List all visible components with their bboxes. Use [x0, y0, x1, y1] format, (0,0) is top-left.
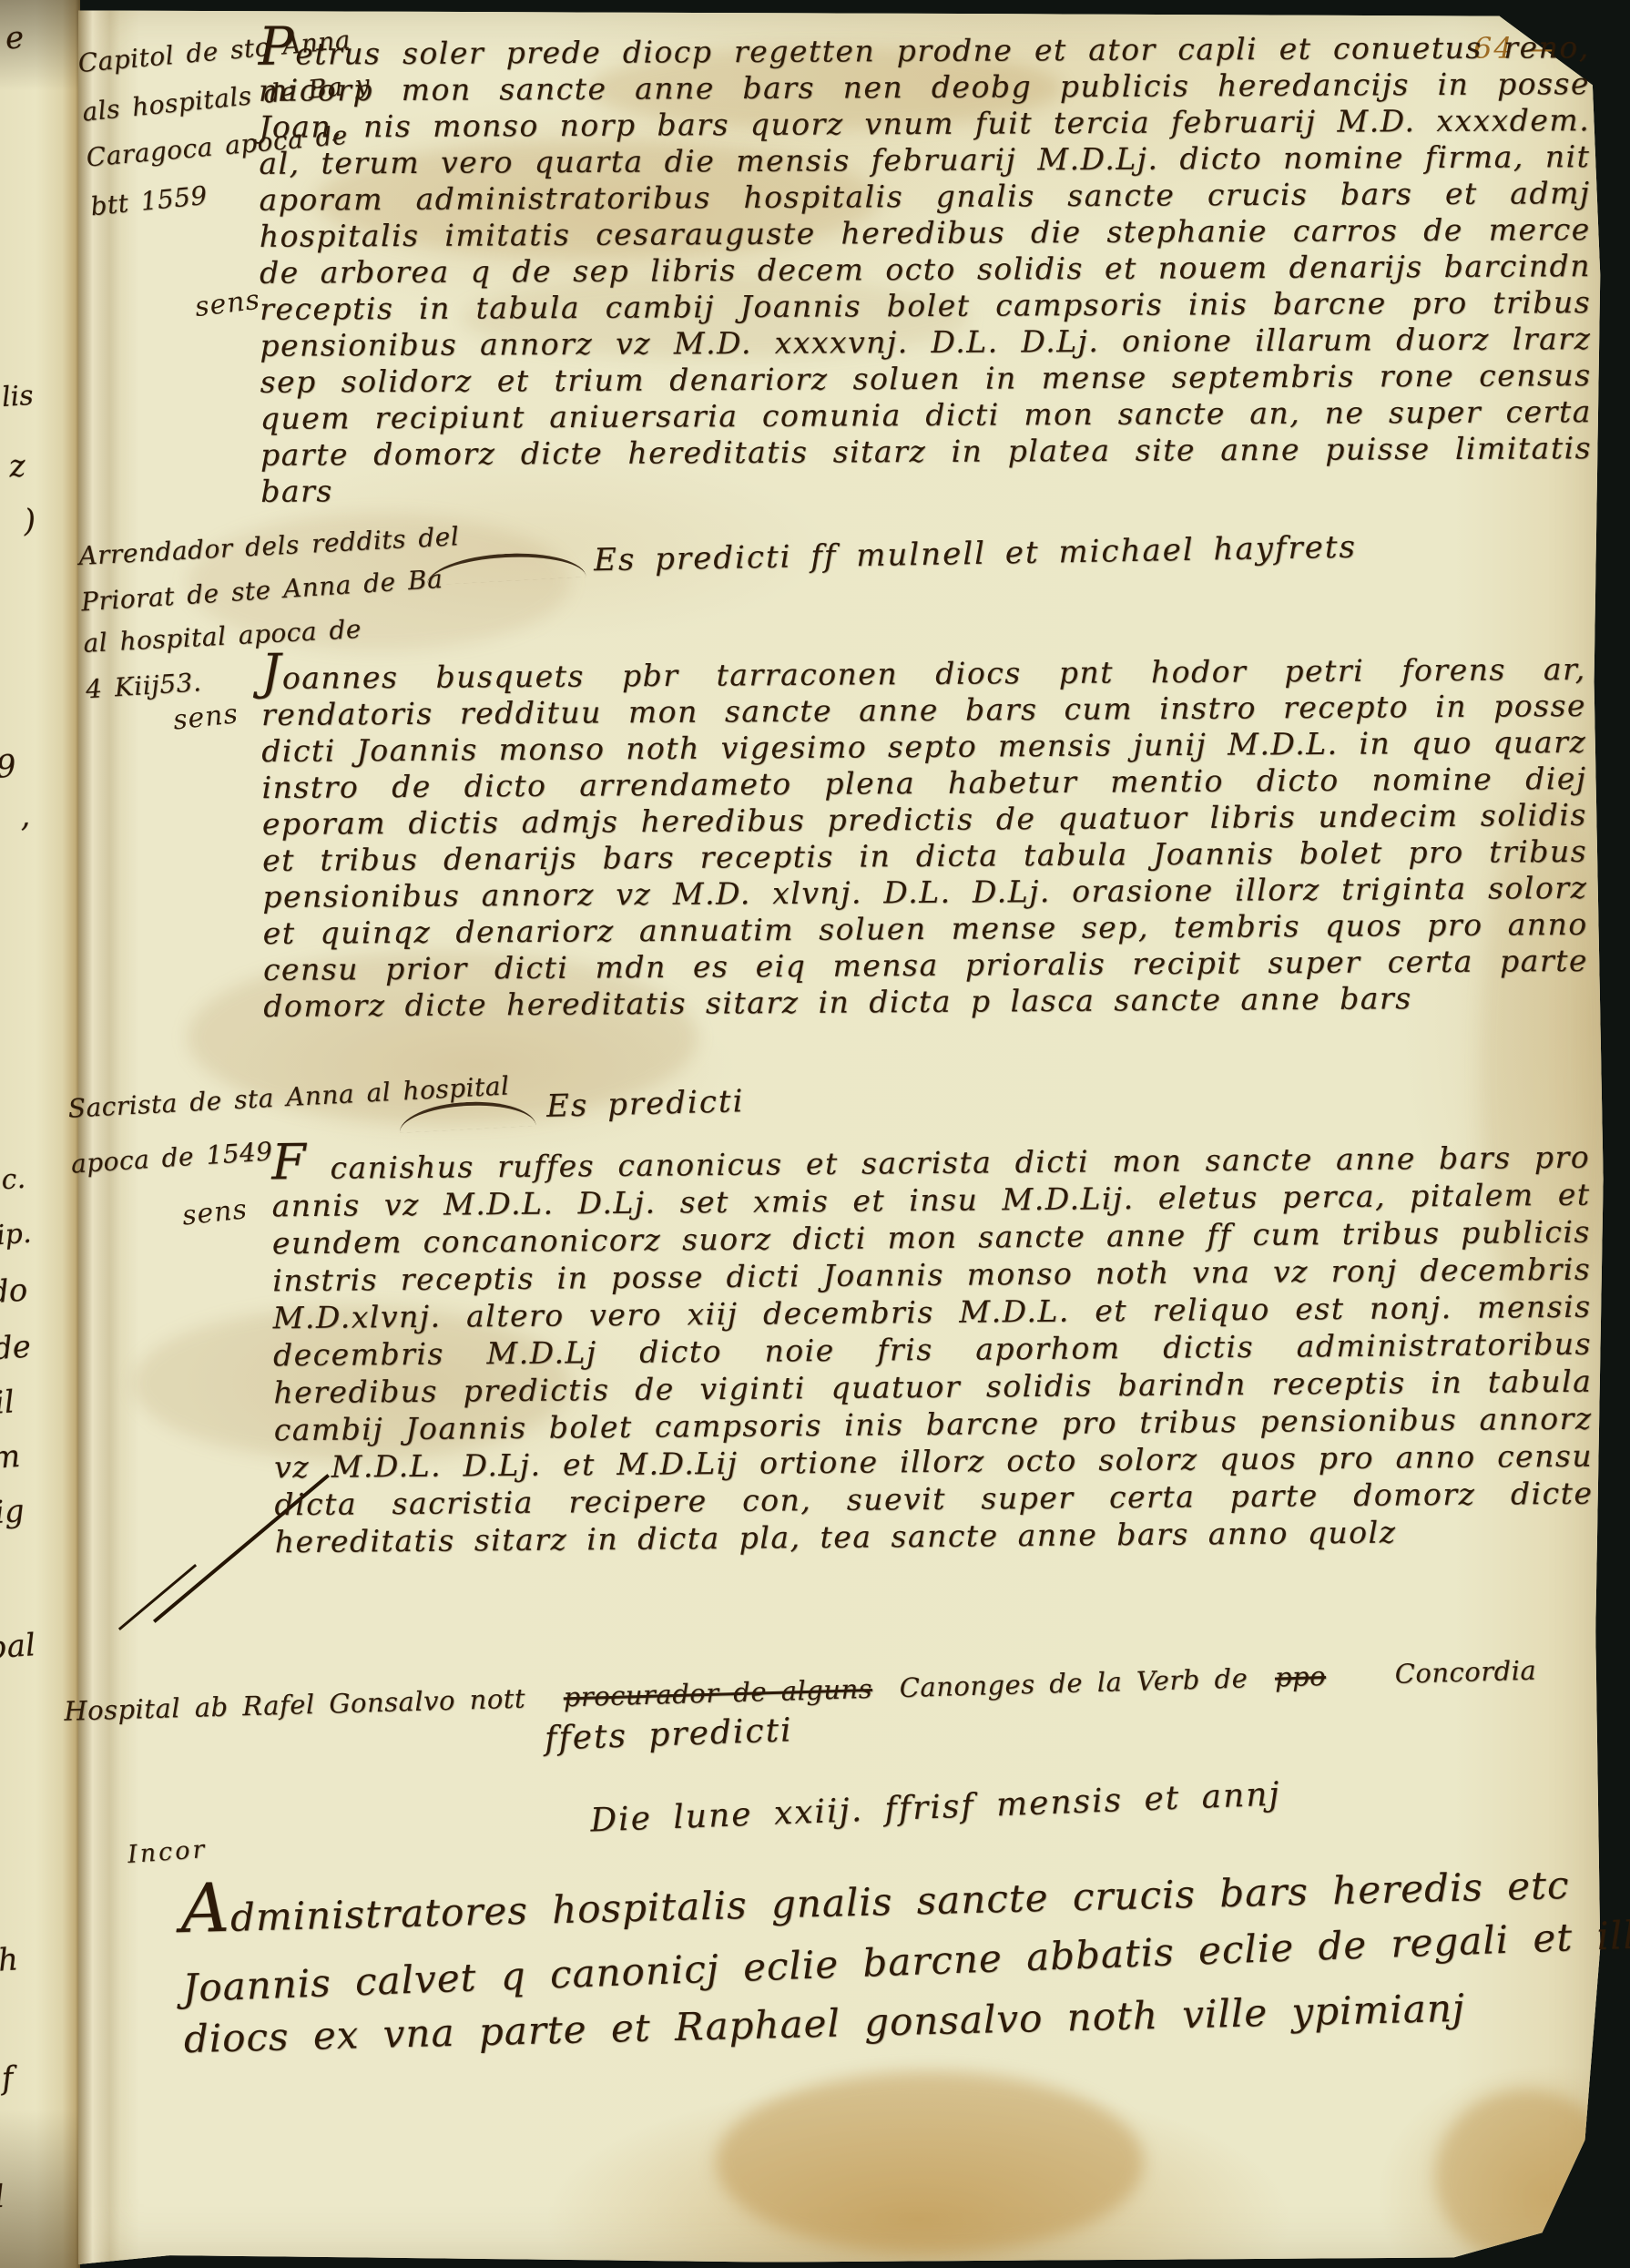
margin-note-arrendador-tail: sens	[171, 698, 239, 736]
entry-canishus-ruffes: F canishus ruffes canonicus et sacrista …	[271, 1139, 1594, 1561]
entry-petrus-soler: Petrus soler prede diocp regetten prodne…	[259, 29, 1593, 510]
note-hospital-struck2: ppo	[1274, 1660, 1326, 1693]
note-hospital-struck1: procurador de alguns	[563, 1673, 872, 1712]
date-heading: Die lune xxiij. ffrisf mensis et annj	[589, 1775, 1281, 1839]
text-line: Petrus soler prede diocp regetten prodne…	[259, 29, 1590, 72]
handwriting-layer: 64 — Capitol de sto Anna als hospitals d…	[0, 0, 1630, 2268]
margin-note-capitol-tail: sens	[193, 284, 262, 323]
entry-administratores: Administratores hospitalis gnalis sancte…	[180, 1853, 1630, 2069]
entry-joannes-busquets: Joannes busquets pbr tarraconen diocs pn…	[261, 651, 1589, 1025]
margin-note-incor: Incor	[127, 1835, 208, 1869]
manuscript-photo: e lis z ) 9 , ic. ip. do de il m ig bal …	[0, 0, 1630, 2268]
margin-note-sacrista-tail: sens	[180, 1193, 249, 1231]
note-hospital-part2: Canonges de la Verb de	[899, 1662, 1248, 1703]
text-line: pensionibus annorz vz M.D. xxxxvnj. D.L.…	[260, 322, 1396, 363]
section-line-predicti-1: Es predicti ff mulnell et michael hayfre…	[594, 529, 1358, 579]
text-line: sancte anne bars	[1114, 980, 1412, 1017]
text-line: terum vero quarta die mensis februarij M…	[321, 138, 1544, 180]
text-line: arborea q de sep libris decem octo solid…	[321, 248, 1591, 290]
text-line: tea sancte anne bars anno quolz	[820, 1515, 1396, 1556]
text-line: receptis in tabula cambij Joannis bolet …	[260, 284, 1591, 327]
subscript-ffets-predicti: ffets predicti	[544, 1711, 793, 1757]
note-hospital-part1: Hospital ab Rafel Gonsalvo nott	[64, 1683, 526, 1727]
note-hospital-part3: Concordia	[1394, 1655, 1536, 1690]
margin-note-hospital-line: Hospital ab Rafel Gonsalvo nott procurad…	[64, 1652, 1612, 1726]
section-line-predicti-2: Es predicti	[546, 1083, 745, 1125]
